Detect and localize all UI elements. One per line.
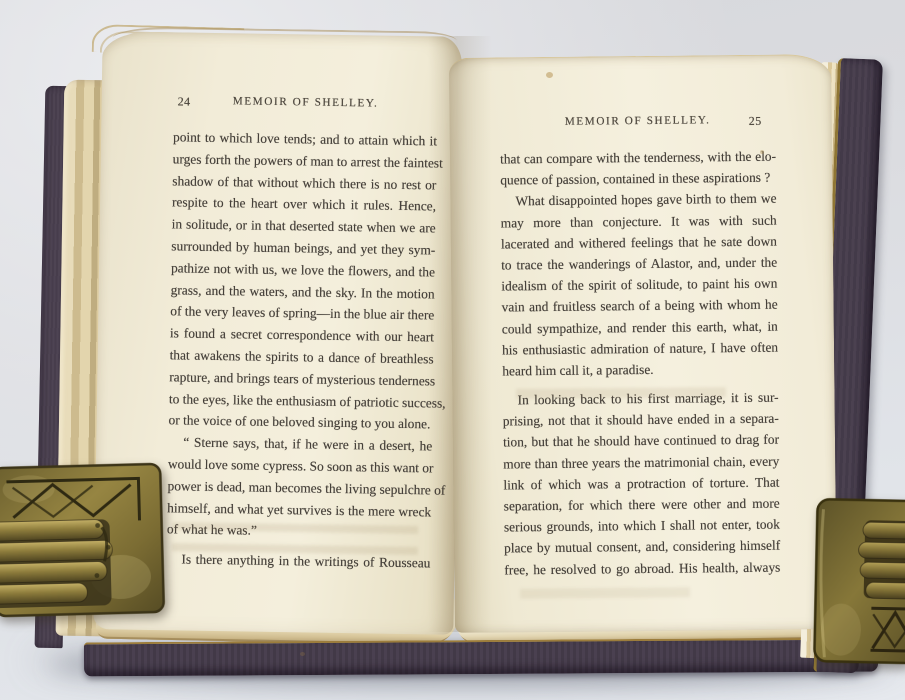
- text-column-right: that can compare with the tenderness, wi…: [500, 146, 781, 581]
- running-title-right: MEMOIR OF SHELLEY.: [500, 114, 776, 129]
- text-line: more than three years the matrimonial ch…: [503, 450, 779, 474]
- text-line: of what he was.”: [167, 519, 431, 545]
- text-line: place by mutual consent, and, considerin…: [504, 535, 780, 559]
- text-line: prising, not that it should have ended i…: [503, 408, 779, 432]
- text-line: vain and fruitless search of a being wit…: [502, 294, 778, 318]
- text-line: that can compare with the tenderness, wi…: [500, 146, 776, 170]
- brass-clasp-right-icon: [810, 489, 905, 669]
- front-cover-bottom-edge: [84, 638, 878, 677]
- running-title-left: MEMOIR OF SHELLEY.: [174, 94, 438, 110]
- text-line: may more than conjecture. It was with su…: [501, 209, 777, 233]
- text-line: his enthusiastic admiration of nature, I…: [502, 336, 778, 360]
- page-right-inner: MEMOIR OF SHELLEY. 25 that can compare w…: [449, 55, 837, 633]
- book-page-right: MEMOIR OF SHELLEY. 25 that can compare w…: [449, 54, 837, 633]
- running-head-left: 24 MEMOIR OF SHELLEY.: [173, 94, 437, 114]
- text-line: lacerated and withered feelings that he …: [501, 230, 777, 254]
- page-number-right: 25: [749, 114, 762, 129]
- text-line: tion, but that he should have continued …: [503, 429, 779, 453]
- text-line: quence of passion, contained in these as…: [500, 167, 776, 191]
- text-line: heard him call it, a paradise.: [502, 357, 778, 381]
- text-line: Is there anything in the writings of Rou…: [166, 548, 430, 574]
- brass-clasp-left-icon: [0, 456, 170, 625]
- book-photograph: 24 MEMOIR OF SHELLEY. point to which lov…: [0, 0, 905, 700]
- text-line: to trace the wanderings of Alastor, and,…: [501, 252, 777, 276]
- text-column-left: point to which love tends; and to attain…: [166, 126, 437, 574]
- text-line: separation, for which there were other a…: [504, 493, 780, 517]
- text-line: What disappointed hopes gave birth to th…: [500, 188, 776, 212]
- text-line: idealism of the spirit of solitude, to p…: [501, 273, 777, 297]
- text-line: link of which was a protraction of tortu…: [503, 471, 779, 495]
- text-line: free, he resolved to go abroad. His heal…: [504, 556, 780, 580]
- running-head-right: MEMOIR OF SHELLEY. 25: [500, 114, 776, 133]
- text-line: serious grounds, into which I shall not …: [504, 514, 780, 538]
- text-line: In looking back to his first marriage, i…: [502, 387, 778, 411]
- text-line: could sympathize, and render this earth,…: [502, 315, 778, 339]
